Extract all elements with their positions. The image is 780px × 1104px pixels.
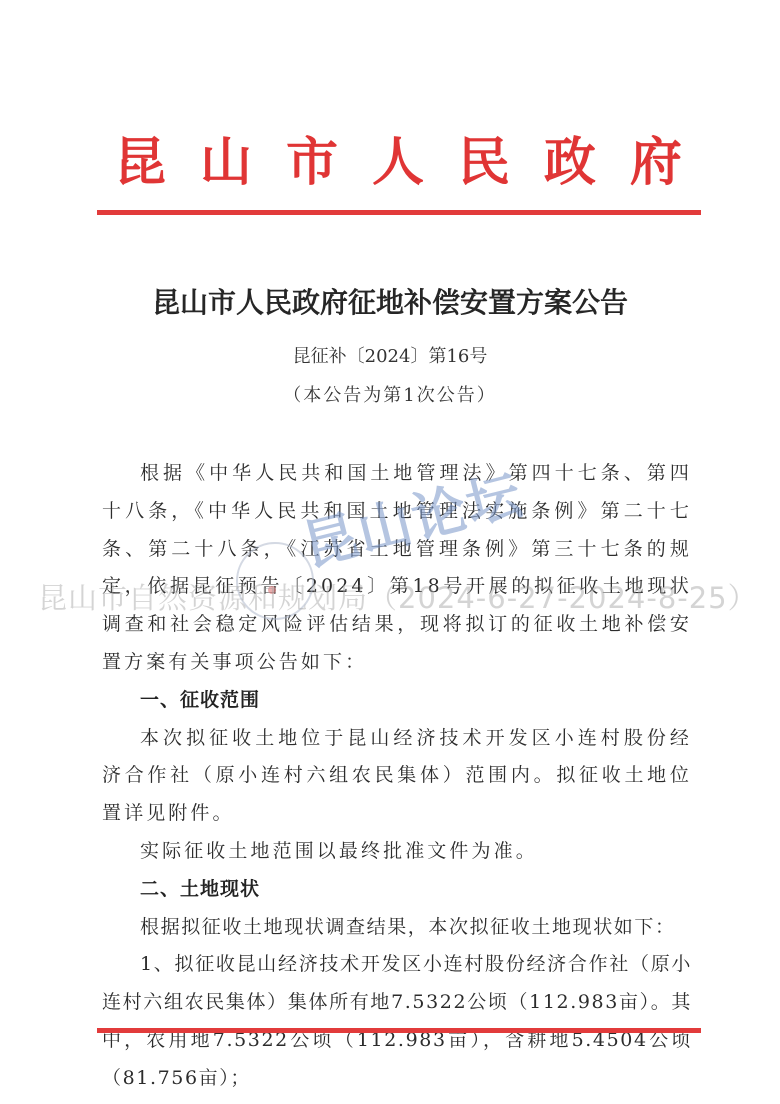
masthead: 昆 山 市 人 民 政 府 <box>100 128 700 198</box>
section-paragraph: 实际征收土地范围以最终批准文件为准。 <box>102 833 692 871</box>
masthead-char: 政 <box>544 137 596 189</box>
footer-divider <box>97 1028 701 1033</box>
document-notice: （本公告为第1次公告） <box>0 381 780 407</box>
document-page: 昆 山 市 人 民 政 府 昆山市人民政府征地补偿安置方案公告 昆征补〔2024… <box>0 0 780 1104</box>
document-body: 根据《中华人民共和国土地管理法》第四十七条、第四十八条，《中华人民共和国土地管理… <box>102 455 692 1098</box>
masthead-char: 昆 <box>114 137 166 189</box>
section-paragraph: 本次拟征收土地位于昆山经济技术开发区小连村股份经济合作社（原小连村六组农民集体）… <box>102 720 692 833</box>
intro-paragraph: 根据《中华人民共和国土地管理法》第四十七条、第四十八条，《中华人民共和国土地管理… <box>102 455 692 682</box>
masthead-char: 山 <box>200 137 252 189</box>
section-heading: 二、土地现状 <box>102 871 692 909</box>
section-heading: 一、征收范围 <box>102 682 692 720</box>
document-number: 昆征补〔2024〕第16号 <box>0 342 780 368</box>
section-paragraph: 1、拟征收昆山经济技术开发区小连村股份经济合作社（原小连村六组农民集体）集体所有… <box>102 946 692 1097</box>
masthead-char: 府 <box>630 137 682 189</box>
masthead-char: 人 <box>372 137 424 189</box>
masthead-char: 民 <box>458 137 510 189</box>
document-title: 昆山市人民政府征地补偿安置方案公告 <box>0 281 780 321</box>
masthead-char: 市 <box>286 137 338 189</box>
section-paragraph: 根据拟征收土地现状调查结果，本次拟征收土地现状如下： <box>102 909 692 947</box>
header-divider <box>97 210 701 215</box>
